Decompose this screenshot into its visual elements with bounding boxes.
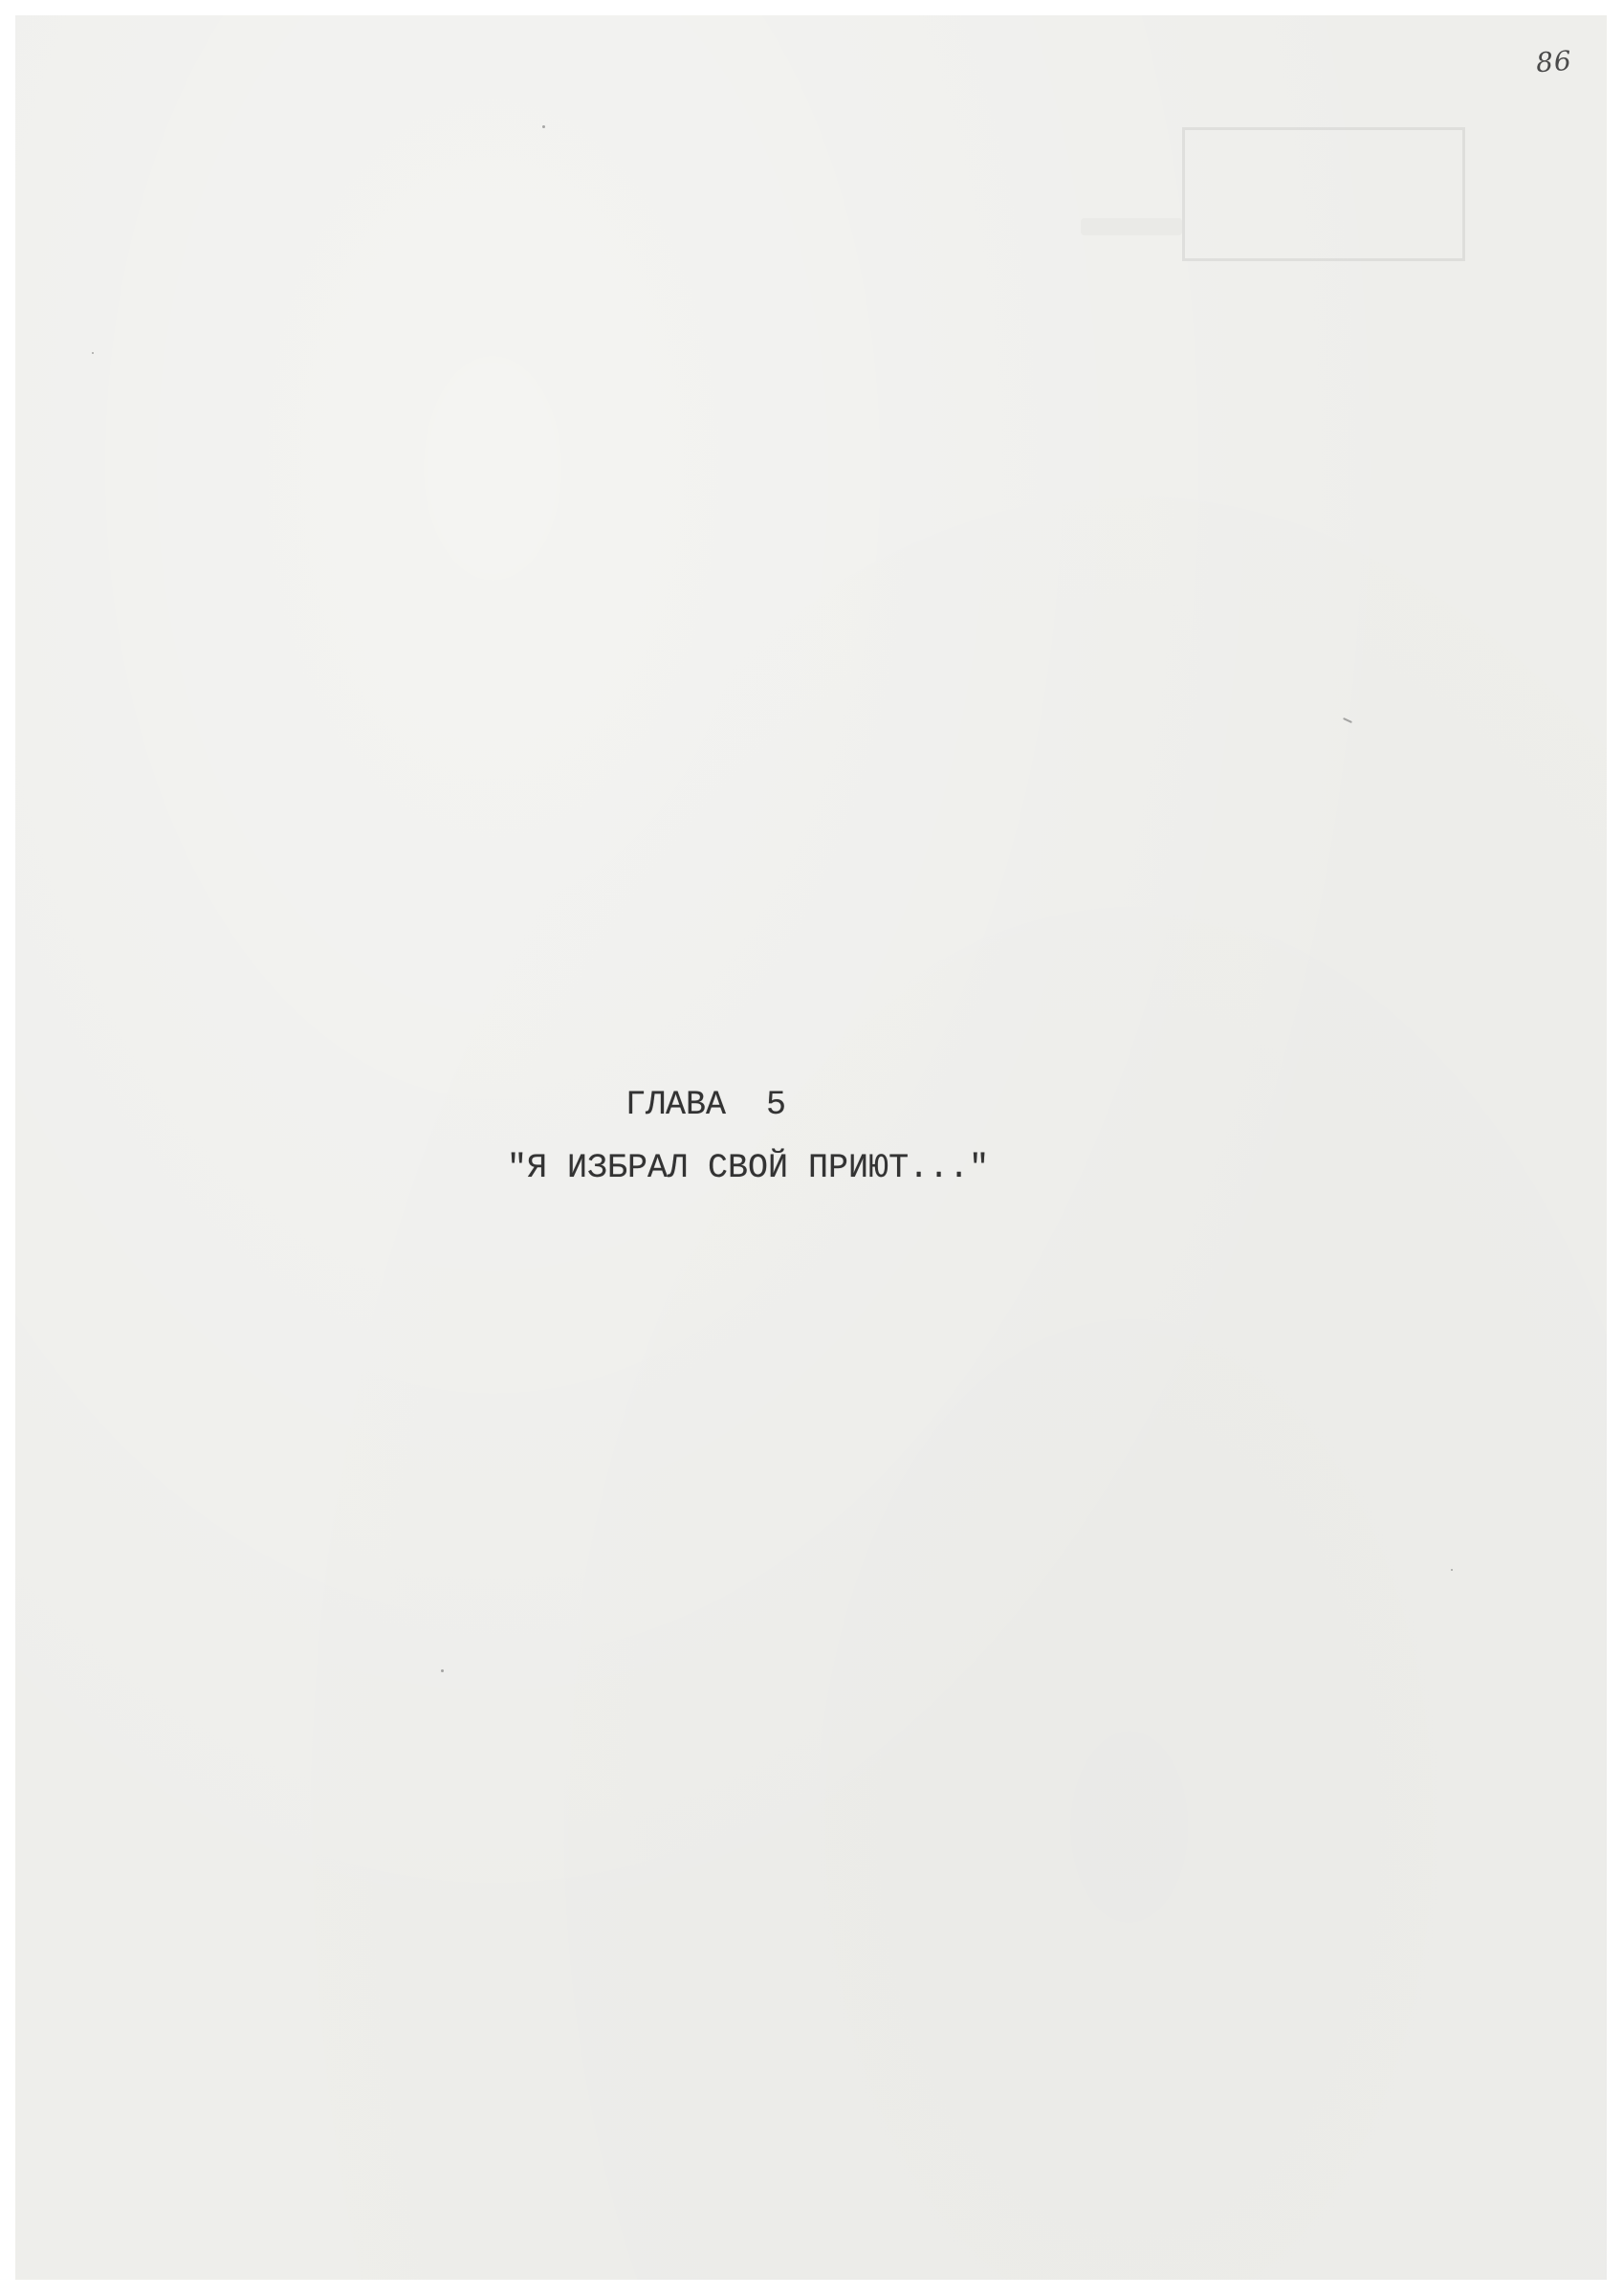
paper-speck [441,1669,444,1672]
paper-speck [92,352,94,354]
paper-sheet [15,15,1607,2280]
chapter-heading: ГЛАВА 5 [625,1089,786,1122]
chapter-title: "Я ИЗБРАЛ СВОЙ ПРИЮТ..." [507,1152,989,1185]
handwritten-page-number: 86 [1535,45,1573,79]
paper-speck [1451,1569,1453,1571]
paper-speck [542,125,545,128]
archive-stamp-showthrough [1182,127,1465,261]
stamp-ink-smudge [1081,218,1182,235]
